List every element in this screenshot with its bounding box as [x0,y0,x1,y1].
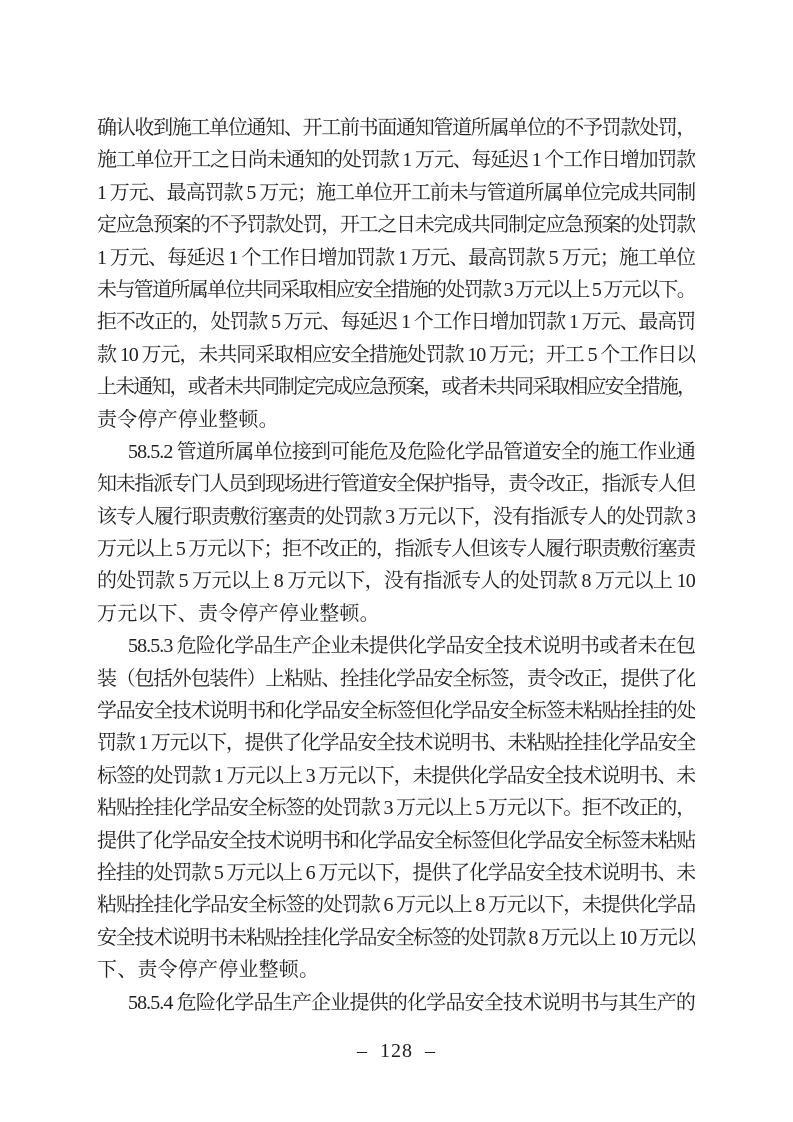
page-footer: – 128 – [0,1038,793,1064]
text-line: 拒不改正的，处罚款 5 万元、每延迟 1 个工作日增加罚款 1 万元、最高罚 [97,306,695,338]
text-line: 58.5.3 危险化学品生产企业未提供化学品安全技术说明书或者未在包 [97,630,695,662]
document-body: 确认收到施工单位通知、开工前书面通知管道所属单位的不予罚款处罚，施工单位开工之日… [97,112,695,1019]
para-continuation: 确认收到施工单位通知、开工前书面通知管道所属单位的不予罚款处罚，施工单位开工之日… [97,112,695,436]
text-line: 罚款 1 万元以下，提供了化学品安全技术说明书、未粘贴拴挂化学品安全 [97,727,695,759]
text-line: 款 10 万元，未共同采取相应安全措施处罚款 10 万元；开工 5 个工作日以 [97,339,695,371]
text-line: 该专人履行职责敷衍塞责的处罚款 3 万元以下，没有指派专人的处罚款 3 [97,501,695,533]
text-line: 装（包括外包装件）上粘贴、拴挂化学品安全标签，责令改正，提供了化 [97,663,695,695]
text-line: 未与管道所属单位共同采取相应安全措施的处罚款 3 万元以上 5 万元以下。 [97,274,695,306]
text-line: 确认收到施工单位通知、开工前书面通知管道所属单位的不予罚款处罚， [97,112,695,144]
text-line: 万元以上 5 万元以下；拒不改正的，指派专人但该专人履行职责敷衍塞责 [97,533,695,565]
para-58-5-4: 58.5.4 危险化学品生产企业提供的化学品安全技术说明书与其生产的 [97,987,695,1019]
text-line: 知未指派专门人员到现场进行管道安全保护指导，责令改正，指派专人但 [97,468,695,500]
text-line: 安全技术说明书未粘贴拴挂化学品安全标签的处罚款 8 万元以上 10 万元以 [97,922,695,954]
document-page: 确认收到施工单位通知、开工前书面通知管道所属单位的不予罚款处罚，施工单位开工之日… [0,0,793,1122]
para-58-5-2: 58.5.2 管道所属单位接到可能危及危险化学品管道安全的施工作业通知未指派专门… [97,436,695,630]
page-number: – 128 – [357,1040,436,1062]
text-line: 学品安全技术说明书和化学品安全标签但化学品安全标签未粘贴拴挂的处 [97,695,695,727]
text-line: 标签的处罚款 1 万元以上 3 万元以下，未提供化学品安全技术说明书、未 [97,760,695,792]
text-line: 定应急预案的不予罚款处罚，开工之日未完成共同制定应急预案的处罚款 [97,209,695,241]
text-line: 的处罚款 5 万元以上 8 万元以下，没有指派专人的处罚款 8 万元以上 10 [97,565,695,597]
text-line: 58.5.2 管道所属单位接到可能危及危险化学品管道安全的施工作业通 [97,436,695,468]
text-line: 粘贴拴挂化学品安全标签的处罚款 6 万元以上 8 万元以下，未提供化学品 [97,889,695,921]
text-line: 拴挂的处罚款 5 万元以上 6 万元以下，提供了化学品安全技术说明书、未 [97,857,695,889]
para-58-5-3: 58.5.3 危险化学品生产企业未提供化学品安全技术说明书或者未在包装（包括外包… [97,630,695,986]
text-line: 下、责令停产停业整顿。 [97,954,695,986]
text-line: 1 万元、每延迟 1 个工作日增加罚款 1 万元、最高罚款 5 万元；施工单位 [97,242,695,274]
text-line: 提供了化学品安全技术说明书和化学品安全标签但化学品安全标签未粘贴 [97,825,695,857]
text-line: 施工单位开工之日尚未通知的处罚款 1 万元、每延迟 1 个工作日增加罚款 [97,144,695,176]
text-line: 上未通知，或者未共同制定完成应急预案，或者未共同采取相应安全措施， [97,371,695,403]
text-line: 责令停产停业整顿。 [97,404,695,436]
text-line: 万元以下、责令停产停业整顿。 [97,598,695,630]
text-line: 粘贴拴挂化学品安全标签的处罚款 3 万元以上 5 万元以下。拒不改正的， [97,792,695,824]
text-line: 1 万元、最高罚款 5 万元；施工单位开工前未与管道所属单位完成共同制 [97,177,695,209]
text-line: 58.5.4 危险化学品生产企业提供的化学品安全技术说明书与其生产的 [97,987,695,1019]
